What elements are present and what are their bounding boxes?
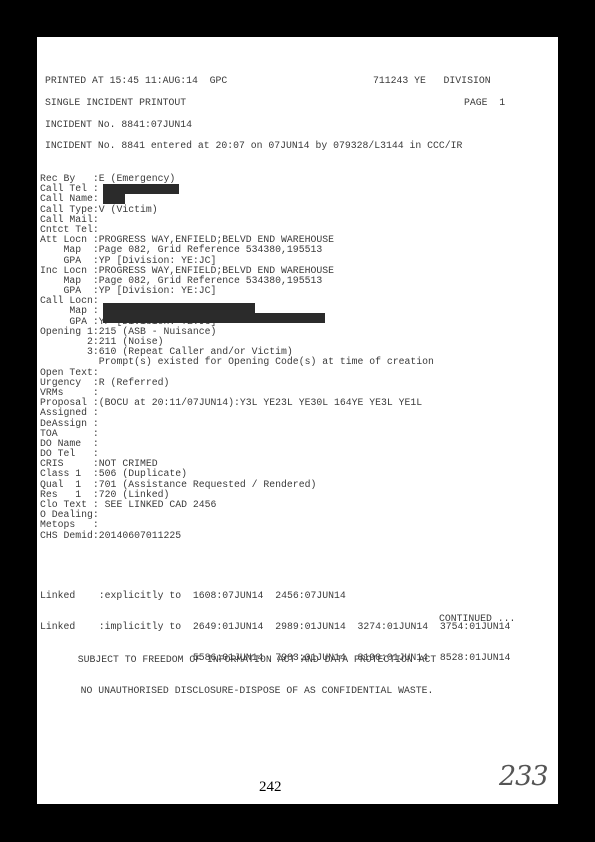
field-row: Call Mail: [40, 215, 434, 225]
confidentiality-notice: SUBJECT TO FREEDOM OF INFORMATION ACT AN… [67, 635, 447, 717]
field-row: Proposal :(BOCU at 20:11/07JUN14):Y3L YE… [40, 398, 434, 408]
field-row: Call Type:V (Victim) [40, 205, 434, 215]
field-value: :YP [Division: YE:JC] [93, 285, 216, 296]
field-label: CHS Demid [40, 530, 93, 541]
incident-fields: Rec By :E (Emergency)Call Tel :Call Name… [40, 174, 434, 541]
field-row: Call Tel : [40, 184, 434, 194]
incident-entered-line: INCIDENT No. 8841 entered at 20:07 on 07… [45, 141, 462, 151]
field-row: Prompt(s) existed for Opening Code(s) at… [40, 357, 434, 367]
field-row: Rec By :E (Emergency) [40, 174, 434, 184]
linked-incident: 1608:07JUN14 [193, 590, 264, 601]
linked-incident: 2989:01JUN14 [275, 621, 346, 632]
field-row: Urgency :R (Referred) [40, 378, 434, 388]
linked-incident: 8528:01JUN14 [440, 652, 511, 663]
page-label: PAGE 1 [464, 98, 505, 108]
linked-incident: 2456:07JUN14 [275, 590, 346, 601]
notice-line: SUBJECT TO FREEDOM OF INFORMATION ACT AN… [67, 655, 447, 665]
field-row: Assigned : [40, 408, 434, 418]
field-row: Clo Text : SEE LINKED CAD 2456 [40, 500, 434, 510]
field-value: :(BOCU at 20:11/07JUN14):Y3L YE23L YE30L… [93, 397, 422, 408]
notice-line: NO UNAUTHORISED DISCLOSURE-DISPOSE OF AS… [67, 686, 447, 696]
field-value: :V (Victim) [93, 204, 158, 215]
incident-id: INCIDENT No. 8841:07JUN14 [45, 120, 192, 130]
field-row: O Dealing: [40, 510, 434, 520]
continued-label: CONTINUED ... [439, 614, 515, 624]
field-value: : SEE LINKED CAD 2456 [93, 499, 216, 510]
redacted-call-tel [103, 184, 179, 194]
field-value: :R (Referred) [93, 377, 169, 388]
page-number: 242 [259, 779, 282, 796]
division-line: 711243 YE DIVISION [373, 76, 491, 86]
printed-at-line: PRINTED AT 15:45 11:AUG:14 GPC [45, 76, 227, 86]
field-row: TOA : [40, 429, 434, 439]
field-row: DO Name : [40, 439, 434, 449]
linked-explicit-row: Linked :explicitly to 1608:07JUN14 2456:… [40, 591, 510, 601]
linked-explicit-label: Linked :explicitly to [40, 590, 181, 601]
redacted-call-locn [103, 303, 255, 313]
printout-title: SINGLE INCIDENT PRINTOUT [45, 98, 186, 108]
linked-incident: 3274:01JUN14 [358, 621, 429, 632]
field-value: Prompt(s) existed for Opening Code(s) at… [93, 356, 434, 367]
field-row: GPA :YP [Division: YE:JC] [40, 286, 434, 296]
linked-incident: 2649:01JUN14 [193, 621, 264, 632]
field-row: DeAssign : [40, 419, 434, 429]
handwritten-folio-number: 233 [499, 761, 548, 792]
field-row: CHS Demid:20140607011225 [40, 531, 434, 541]
field-value: :E (Emergency) [93, 173, 175, 184]
redacted-call-map [103, 313, 325, 323]
redacted-call-name [103, 194, 125, 204]
linked-implicit-label: Linked :implicitly to [40, 621, 181, 632]
field-value: :20140607011225 [93, 530, 181, 541]
document-page: PRINTED AT 15:45 11:AUG:14 GPC 711243 YE… [37, 37, 558, 804]
